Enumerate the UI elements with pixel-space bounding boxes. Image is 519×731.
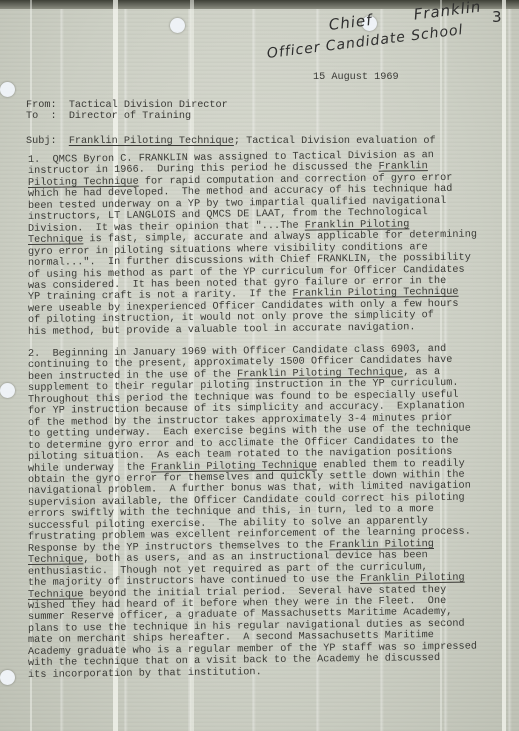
text-run: its incorporation by that institution. <box>28 666 262 681</box>
underlined-term: Technique <box>28 553 84 566</box>
fold-line <box>502 0 506 731</box>
subject-rest: ; Tactical Division evaluation of <box>234 136 436 147</box>
underlined-term: Technique <box>28 233 84 246</box>
subject-label: Subj: <box>26 136 57 147</box>
paragraph-1: 1. QMCS Byron C. FRANKLIN was assigned t… <box>28 155 498 338</box>
memo-date: 15 August 1969 <box>313 72 399 83</box>
from-label: From: <box>26 100 57 111</box>
punch-hole <box>0 383 15 398</box>
page-number: 3 <box>492 8 502 26</box>
paragraph-2: 2. Beginning in January 1969 with Office… <box>28 349 498 681</box>
memo-subject: Subj: Franklin Piloting Technique; Tacti… <box>26 136 436 147</box>
underlined-term: Franklin Piloting <box>360 572 465 585</box>
punch-hole <box>0 670 15 685</box>
to-label: To : <box>26 111 57 122</box>
punch-hole <box>0 82 15 97</box>
punch-hole <box>170 18 185 33</box>
subject-underlined: Franklin Piloting Technique <box>69 136 234 147</box>
memo-to: To : Director of Training <box>26 111 191 122</box>
to-value: Director of Training <box>69 111 191 122</box>
memo-from: From: Tactical Division Director <box>26 100 228 111</box>
from-value: Tactical Division Director <box>69 100 228 111</box>
